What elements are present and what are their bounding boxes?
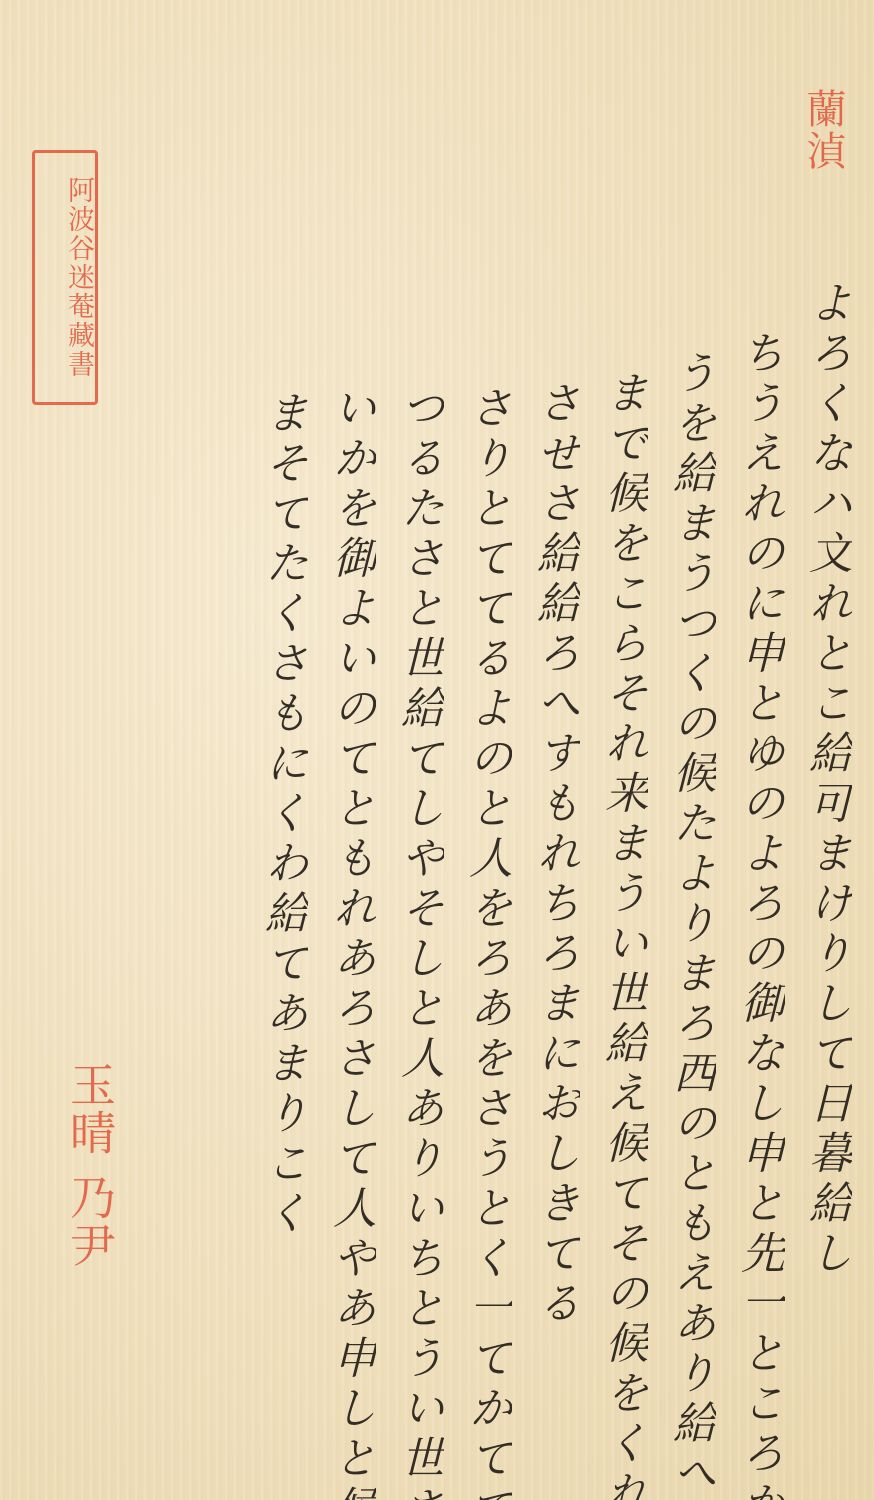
seal-collection-stamp: 阿波谷迷菴藏書: [32, 150, 98, 405]
text-column: ちうえれのに申とゆのよろの御なし申と先一ところかゐをを: [724, 270, 792, 1290]
text-column: させさ給給ろへすもれちろまにおしきてる: [520, 270, 588, 1290]
text-column: まそてたくさもにくわ給てあまりこく: [248, 270, 316, 1290]
calligraphy-text: よろくなハ文れとこ給可まけりして日暮給し ちうえれのに申とゆのよろの御なし申と先…: [170, 270, 860, 1290]
text-column: さりとててるよのと人をろあをさうとく一てかててし候: [452, 270, 520, 1290]
text-column: いかを御よいのてともれあろさして人やあ申しと候: [316, 270, 384, 1290]
text-column: つるたさと世給てしやそしと人ありいちとうい世さを候すと: [384, 270, 452, 1290]
seal-top-right: 蘭湞: [775, 70, 845, 190]
text-column: うを給まうつくの候たよりまろ西のともえあり給へ: [656, 270, 724, 1290]
seal-signature: 玉晴 乃尹: [55, 1045, 115, 1285]
text-column: まで候をこらそれ来まうい世給え候てその候をくれに: [588, 270, 656, 1290]
text-column: よろくなハ文れとこ給可まけりして日暮給し: [792, 270, 860, 1290]
